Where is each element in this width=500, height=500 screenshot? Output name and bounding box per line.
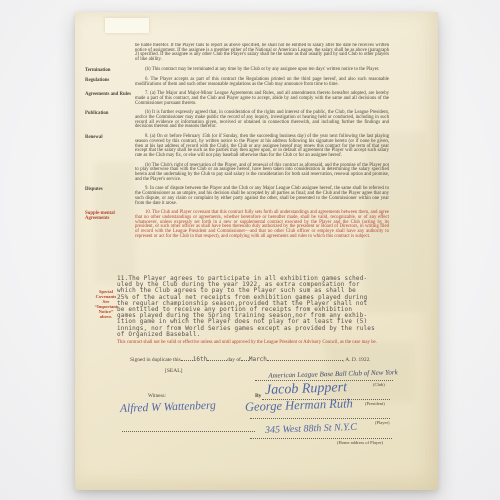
signed-date-line: Signed in duplicate this16thday ofMarch,… bbox=[130, 356, 430, 363]
witness-signature-line bbox=[122, 431, 255, 432]
clause-margin-label: Disputes bbox=[85, 187, 135, 206]
tape-remnant bbox=[105, 18, 149, 33]
contract-clause: (b) The Club's right of reservation of t… bbox=[85, 164, 389, 183]
contract-clause: Regulations6. The Player accepts as part… bbox=[85, 78, 389, 87]
contract-clause: be liable therefor. If the Player fails … bbox=[85, 44, 389, 63]
contract-page: be liable therefor. If the Player fails … bbox=[75, 12, 438, 490]
clause-margin-label bbox=[85, 164, 135, 183]
contract-clause: Disputes9. In case of dispute between th… bbox=[85, 187, 389, 206]
clause-margin-label: Supple-mental Agreements bbox=[85, 211, 135, 239]
clause-margin-label: Regulations bbox=[85, 78, 135, 87]
clause-text: (b) It is further expressly agreed that,… bbox=[135, 111, 389, 130]
signed-month: March bbox=[249, 356, 267, 363]
clause-text: (b) This contract may be terminated at a… bbox=[135, 68, 389, 73]
contract-clause: Supple-mental Agreements10. The Club and… bbox=[85, 211, 389, 239]
dotted-blank bbox=[181, 356, 193, 361]
address-sublabel: (Home address of Player) bbox=[337, 440, 383, 445]
printed-clauses: be liable therefor. If the Player fails … bbox=[85, 44, 389, 245]
typed-special-covenant-clause: 11.The Player agrees to participate in a… bbox=[117, 276, 393, 338]
contract-clause: Termination(b) This contract may be term… bbox=[85, 68, 389, 73]
contract-clause: Renewal8. (a) On or before February 15th… bbox=[85, 135, 389, 159]
clause-text: 10. The Club and Player covenant that th… bbox=[135, 211, 389, 239]
signed-middle: day of bbox=[227, 357, 241, 363]
clause-text: (b) The Club's right of reservation of t… bbox=[135, 164, 389, 183]
clause-margin-label: Agreements and Rules bbox=[85, 92, 135, 106]
typed-line: of Organized Baseball. bbox=[117, 332, 393, 338]
witness-signature: Alfred W Wattenberg bbox=[120, 400, 216, 415]
clause-margin-label: Publication bbox=[85, 111, 135, 130]
player-signature: George Herman Ruth bbox=[245, 396, 353, 415]
player-address-script: 345 West 88th St N.Y.C bbox=[265, 422, 357, 436]
approval-notice: This contract shall not be valid or effe… bbox=[117, 340, 389, 345]
player-sublabel: (Player) bbox=[375, 420, 390, 425]
clause-margin-label: Renewal bbox=[85, 135, 135, 159]
seal-label: [SEAL] bbox=[165, 368, 182, 374]
dotted-blank bbox=[207, 356, 227, 361]
by-label: By bbox=[255, 393, 261, 399]
signed-day: 16th bbox=[193, 356, 207, 363]
clause-text: 8. (a) On or before February 15th (or if… bbox=[135, 135, 389, 159]
president-sublabel: (President) bbox=[365, 401, 385, 406]
witness-label: Witness: bbox=[148, 393, 166, 399]
contract-clause: Publication(b) It is further expressly a… bbox=[85, 111, 389, 130]
clause-text: 7. (a) The Major and Major-Minor League … bbox=[135, 92, 389, 106]
contract-clause: Agreements and Rules7. (a) The Major and… bbox=[85, 92, 389, 106]
signed-prefix: Signed in duplicate this bbox=[130, 357, 181, 363]
signed-suffix: , A. D. 1922. bbox=[343, 357, 371, 363]
address-line bbox=[250, 438, 392, 439]
clause-text: 9. In case of dispute between the Player… bbox=[135, 187, 389, 206]
clause-margin-label bbox=[85, 44, 135, 63]
clause-text: be liable therefor. If the Player fails … bbox=[135, 44, 389, 63]
dotted-blank bbox=[241, 356, 249, 361]
clause-margin-label: Termination bbox=[85, 68, 135, 73]
player-signature-line bbox=[250, 418, 390, 419]
club-sublabel: (Club) bbox=[373, 382, 385, 387]
clause-text: 6. The Player accepts as part of this co… bbox=[135, 78, 389, 87]
dotted-blank bbox=[267, 356, 343, 361]
